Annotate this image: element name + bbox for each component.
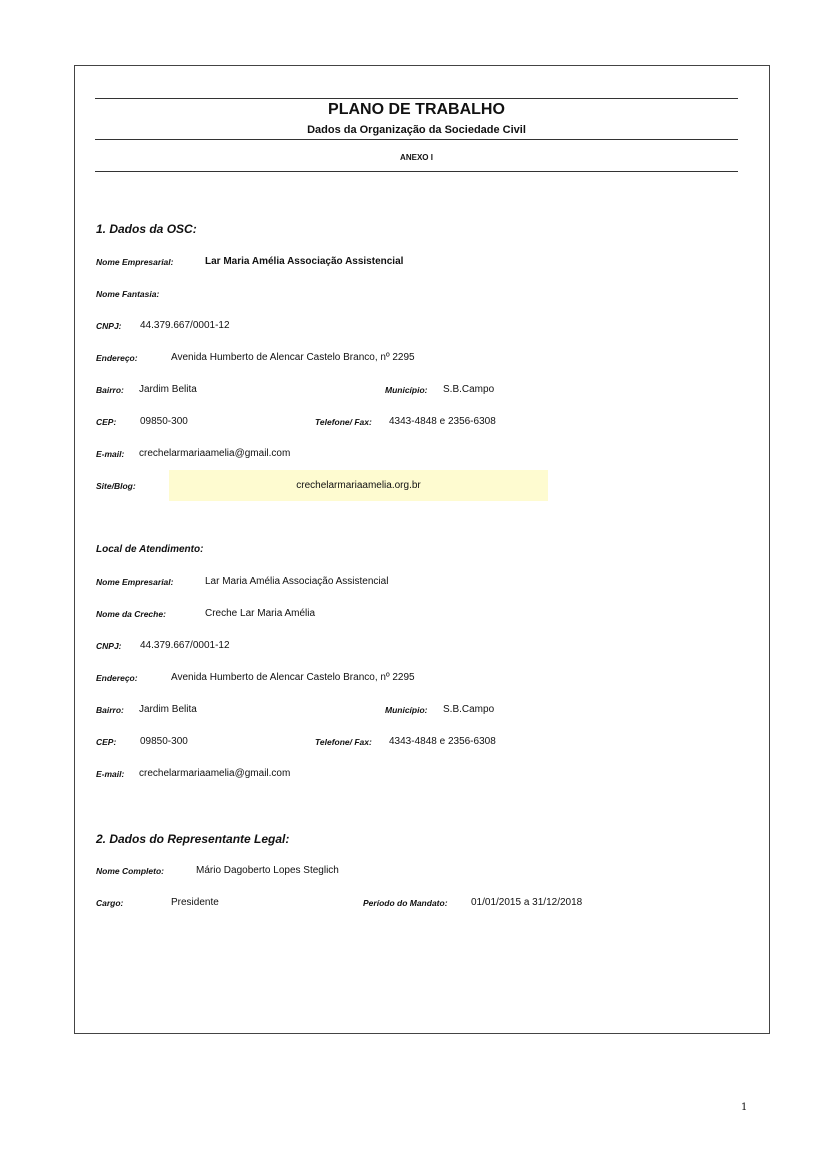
section-osc-title: 1. Dados da OSC: <box>96 222 197 236</box>
osc-email-value: crechelarmariaamelia@gmail.com <box>139 448 290 459</box>
local-nome-empresarial-value: Lar Maria Amélia Associação Assistencial <box>205 576 388 587</box>
local-bairro-value: Jardim Belita <box>139 704 197 715</box>
header-rule-bottom <box>95 171 738 172</box>
osc-site-label: Site/Blog: <box>96 481 136 491</box>
local-endereco-label: Endereço: <box>96 673 138 683</box>
osc-cep-value: 09850-300 <box>140 416 188 427</box>
local-cep-value: 09850-300 <box>140 736 188 747</box>
osc-email-label: E-mail: <box>96 449 124 459</box>
section-representante-title: 2. Dados do Representante Legal: <box>96 832 289 846</box>
annex-label: ANEXO I <box>95 153 738 162</box>
document-title: PLANO DE TRABALHO <box>95 101 738 119</box>
local-nome-creche-label: Nome da Creche: <box>96 609 166 619</box>
rep-nome-value: Mário Dagoberto Lopes Steglich <box>196 865 339 876</box>
osc-cnpj-label: CNPJ: <box>96 321 122 331</box>
section-local-title: Local de Atendimento: <box>96 544 203 555</box>
document-subtitle: Dados da Organização da Sociedade Civil <box>95 124 738 136</box>
osc-telefone-label: Telefone/ Fax: <box>315 417 372 427</box>
local-nome-empresarial-label: Nome Empresarial: <box>96 577 173 587</box>
local-bairro-label: Bairro: <box>96 705 124 715</box>
local-telefone-value: 4343-4848 e 2356-6308 <box>389 736 496 747</box>
local-telefone-label: Telefone/ Fax: <box>315 737 372 747</box>
osc-nome-fantasia-label: Nome Fantasia: <box>96 289 159 299</box>
local-cnpj-value: 44.379.667/0001-12 <box>140 640 230 651</box>
osc-municipio-label: Município: <box>385 385 428 395</box>
rep-mandato-label: Período do Mandato: <box>363 898 448 908</box>
local-email-value: crechelarmariaamelia@gmail.com <box>139 768 290 779</box>
osc-telefone-value: 4343-4848 e 2356-6308 <box>389 416 496 427</box>
local-municipio-value: S.B.Campo <box>443 704 494 715</box>
osc-endereco-value: Avenida Humberto de Alencar Castelo Bran… <box>171 352 415 363</box>
rep-mandato-value: 01/01/2015 a 31/12/2018 <box>471 897 582 908</box>
rep-nome-label: Nome Completo: <box>96 866 164 876</box>
rep-cargo-value: Presidente <box>171 897 219 908</box>
osc-municipio-value: S.B.Campo <box>443 384 494 395</box>
header-rule-top <box>95 98 738 99</box>
osc-cnpj-value: 44.379.667/0001-12 <box>140 320 230 331</box>
osc-site-value: crechelarmariaamelia.org.br <box>169 470 548 501</box>
osc-endereco-label: Endereço: <box>96 353 138 363</box>
page-number: 1 <box>741 1102 747 1113</box>
local-cnpj-label: CNPJ: <box>96 641 122 651</box>
osc-bairro-value: Jardim Belita <box>139 384 197 395</box>
local-endereco-value: Avenida Humberto de Alencar Castelo Bran… <box>171 672 415 683</box>
osc-cep-label: CEP: <box>96 417 116 427</box>
osc-nome-empresarial-value: Lar Maria Amélia Associação Assistencial <box>205 256 403 267</box>
header-rule-middle <box>95 139 738 140</box>
local-cep-label: CEP: <box>96 737 116 747</box>
local-municipio-label: Município: <box>385 705 428 715</box>
osc-nome-empresarial-label: Nome Empresarial: <box>96 257 173 267</box>
local-email-label: E-mail: <box>96 769 124 779</box>
local-nome-creche-value: Creche Lar Maria Amélia <box>205 608 315 619</box>
osc-bairro-label: Bairro: <box>96 385 124 395</box>
rep-cargo-label: Cargo: <box>96 898 123 908</box>
